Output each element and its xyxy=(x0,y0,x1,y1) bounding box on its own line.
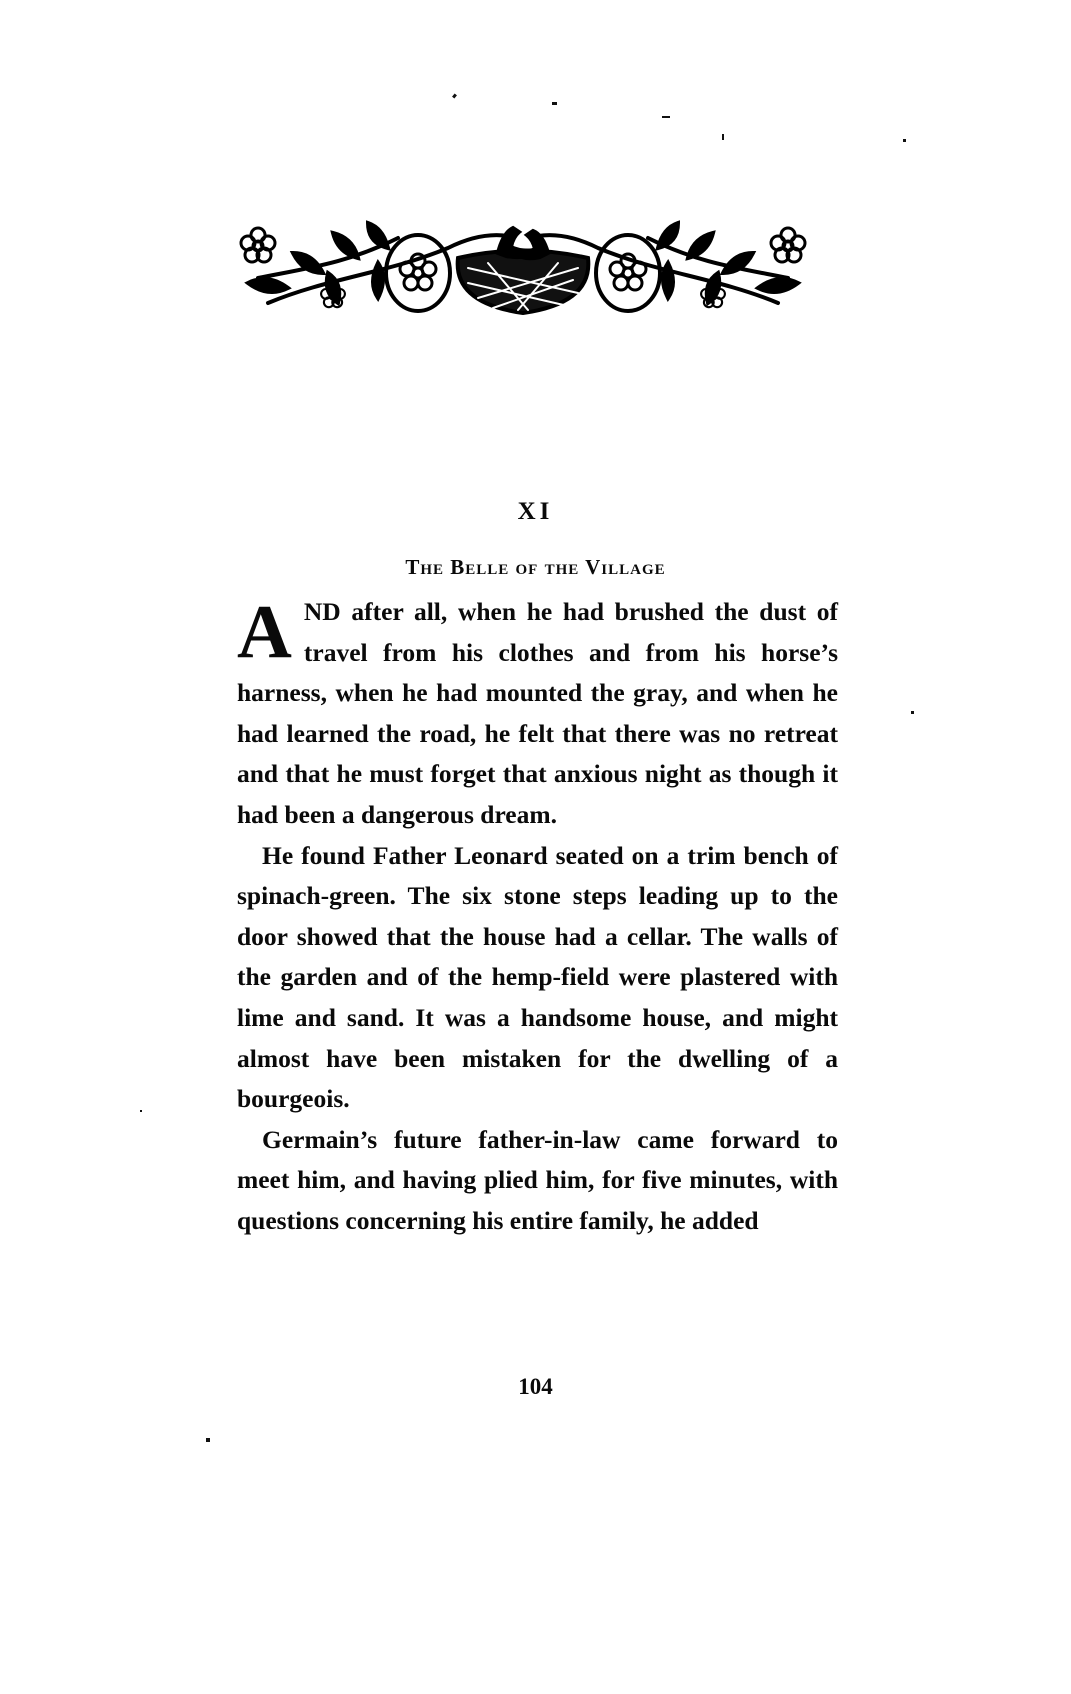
scan-speck xyxy=(722,134,724,140)
scan-speck xyxy=(911,711,914,714)
drop-cap: A xyxy=(237,600,292,664)
paragraph: Germain’s future father-in-law came forw… xyxy=(237,1120,838,1242)
scan-speck xyxy=(662,116,670,118)
chapter-title: The Belle of the Village xyxy=(0,555,1071,580)
paragraph: AND after all, when he had brushed the d… xyxy=(237,592,838,836)
page-number: 104 xyxy=(0,1374,1071,1400)
scan-speck xyxy=(140,1110,142,1112)
paragraph-text: ND after all, when he had brushed the du… xyxy=(237,597,838,829)
scan-speck xyxy=(903,139,906,142)
scan-speck xyxy=(206,1438,210,1442)
body-text: AND after all, when he had brushed the d… xyxy=(237,592,838,1242)
ornament-headpiece-icon xyxy=(228,218,818,318)
scan-speck xyxy=(552,102,557,105)
paragraph: He found Father Leonard seated on a trim… xyxy=(237,836,838,1120)
chapter-number: XI xyxy=(0,498,1071,526)
scan-speck xyxy=(452,94,457,99)
